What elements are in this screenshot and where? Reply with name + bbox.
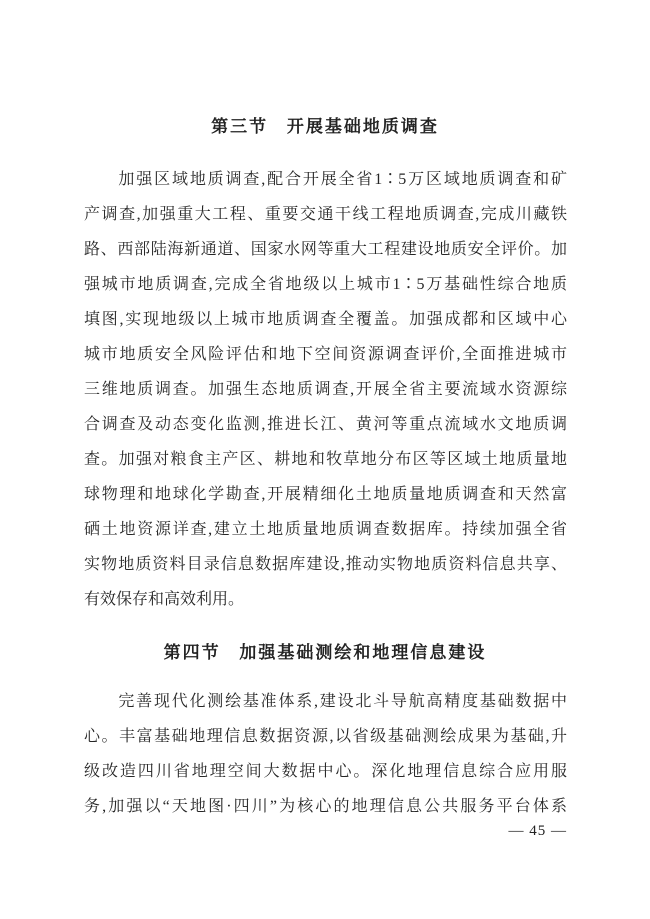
body-line: 球物理和地球化学勘查,开展精细化土地质量地质调查和天然富 [84, 477, 567, 512]
body-line: 完善现代化测绘基准体系,建设北斗导航高精度基础数据中 [84, 684, 567, 719]
body-line: 路、西部陆海新通道、国家水网等重大工程建设地质安全评价。加 [84, 232, 567, 267]
body-line: 填图,实现地级以上城市地质调查全覆盖。加强成都和区域中心 [84, 302, 567, 337]
body-line: 合调查及动态变化监测,推进长江、黄河等重点流域水文地质调 [84, 407, 567, 442]
body-line: 强城市地质调查,完成全省地级以上城市1∶5万基础性综合地质 [84, 267, 567, 302]
section-3-title: 开展基础地质调查 [287, 117, 439, 136]
body-line: 级改造四川省地理空间大数据中心。深化地理信息综合应用服 [84, 754, 567, 789]
body-line: 实物地质资料目录信息数据库建设,推动实物地质资料信息共享、 [84, 547, 567, 582]
body-line: 三维地质调查。加强生态地质调查,开展全省主要流域水资源综 [84, 372, 567, 407]
body-line: 产调查,加强重大工程、重要交通干线工程地质调查,完成川藏铁 [84, 197, 567, 232]
page-number: — 45 — [509, 822, 568, 840]
body-line: 城市地质安全风险评估和地下空间资源调查评价,全面推进城市 [84, 337, 567, 372]
body-line: 查。加强对粮食主产区、耕地和牧草地分布区等区域土地质量地 [84, 442, 567, 477]
body-line: 务,加强以“天地图·四川”为核心的地理信息公共服务平台体系 [84, 789, 567, 824]
section-4-title: 加强基础测绘和地理信息建设 [239, 643, 486, 662]
section-4-label: 第四节 [164, 643, 221, 662]
section-4-heading: 第四节加强基础测绘和地理信息建设 [0, 641, 650, 665]
body-line: 硒土地资源详查,建立土地质量地质调查数据库。持续加强全省 [84, 512, 567, 547]
body-line: 心。丰富基础地理信息数据资源,以省级基础测绘成果为基础,升 [84, 719, 567, 754]
body-line: 加强区域地质调查,配合开展全省1∶5万区域地质调查和矿 [84, 162, 567, 197]
section-3-paragraph: 加强区域地质调查,配合开展全省1∶5万区域地质调查和矿 产调查,加强重大工程、重… [84, 162, 567, 617]
document-page: 第三节开展基础地质调查 加强区域地质调查,配合开展全省1∶5万区域地质调查和矿 … [0, 0, 650, 919]
section-3-label: 第三节 [211, 117, 268, 136]
section-3-heading: 第三节开展基础地质调查 [0, 115, 650, 139]
section-4-paragraph: 完善现代化测绘基准体系,建设北斗导航高精度基础数据中 心。丰富基础地理信息数据资… [84, 684, 567, 824]
body-line: 有效保存和高效利用。 [84, 582, 567, 617]
